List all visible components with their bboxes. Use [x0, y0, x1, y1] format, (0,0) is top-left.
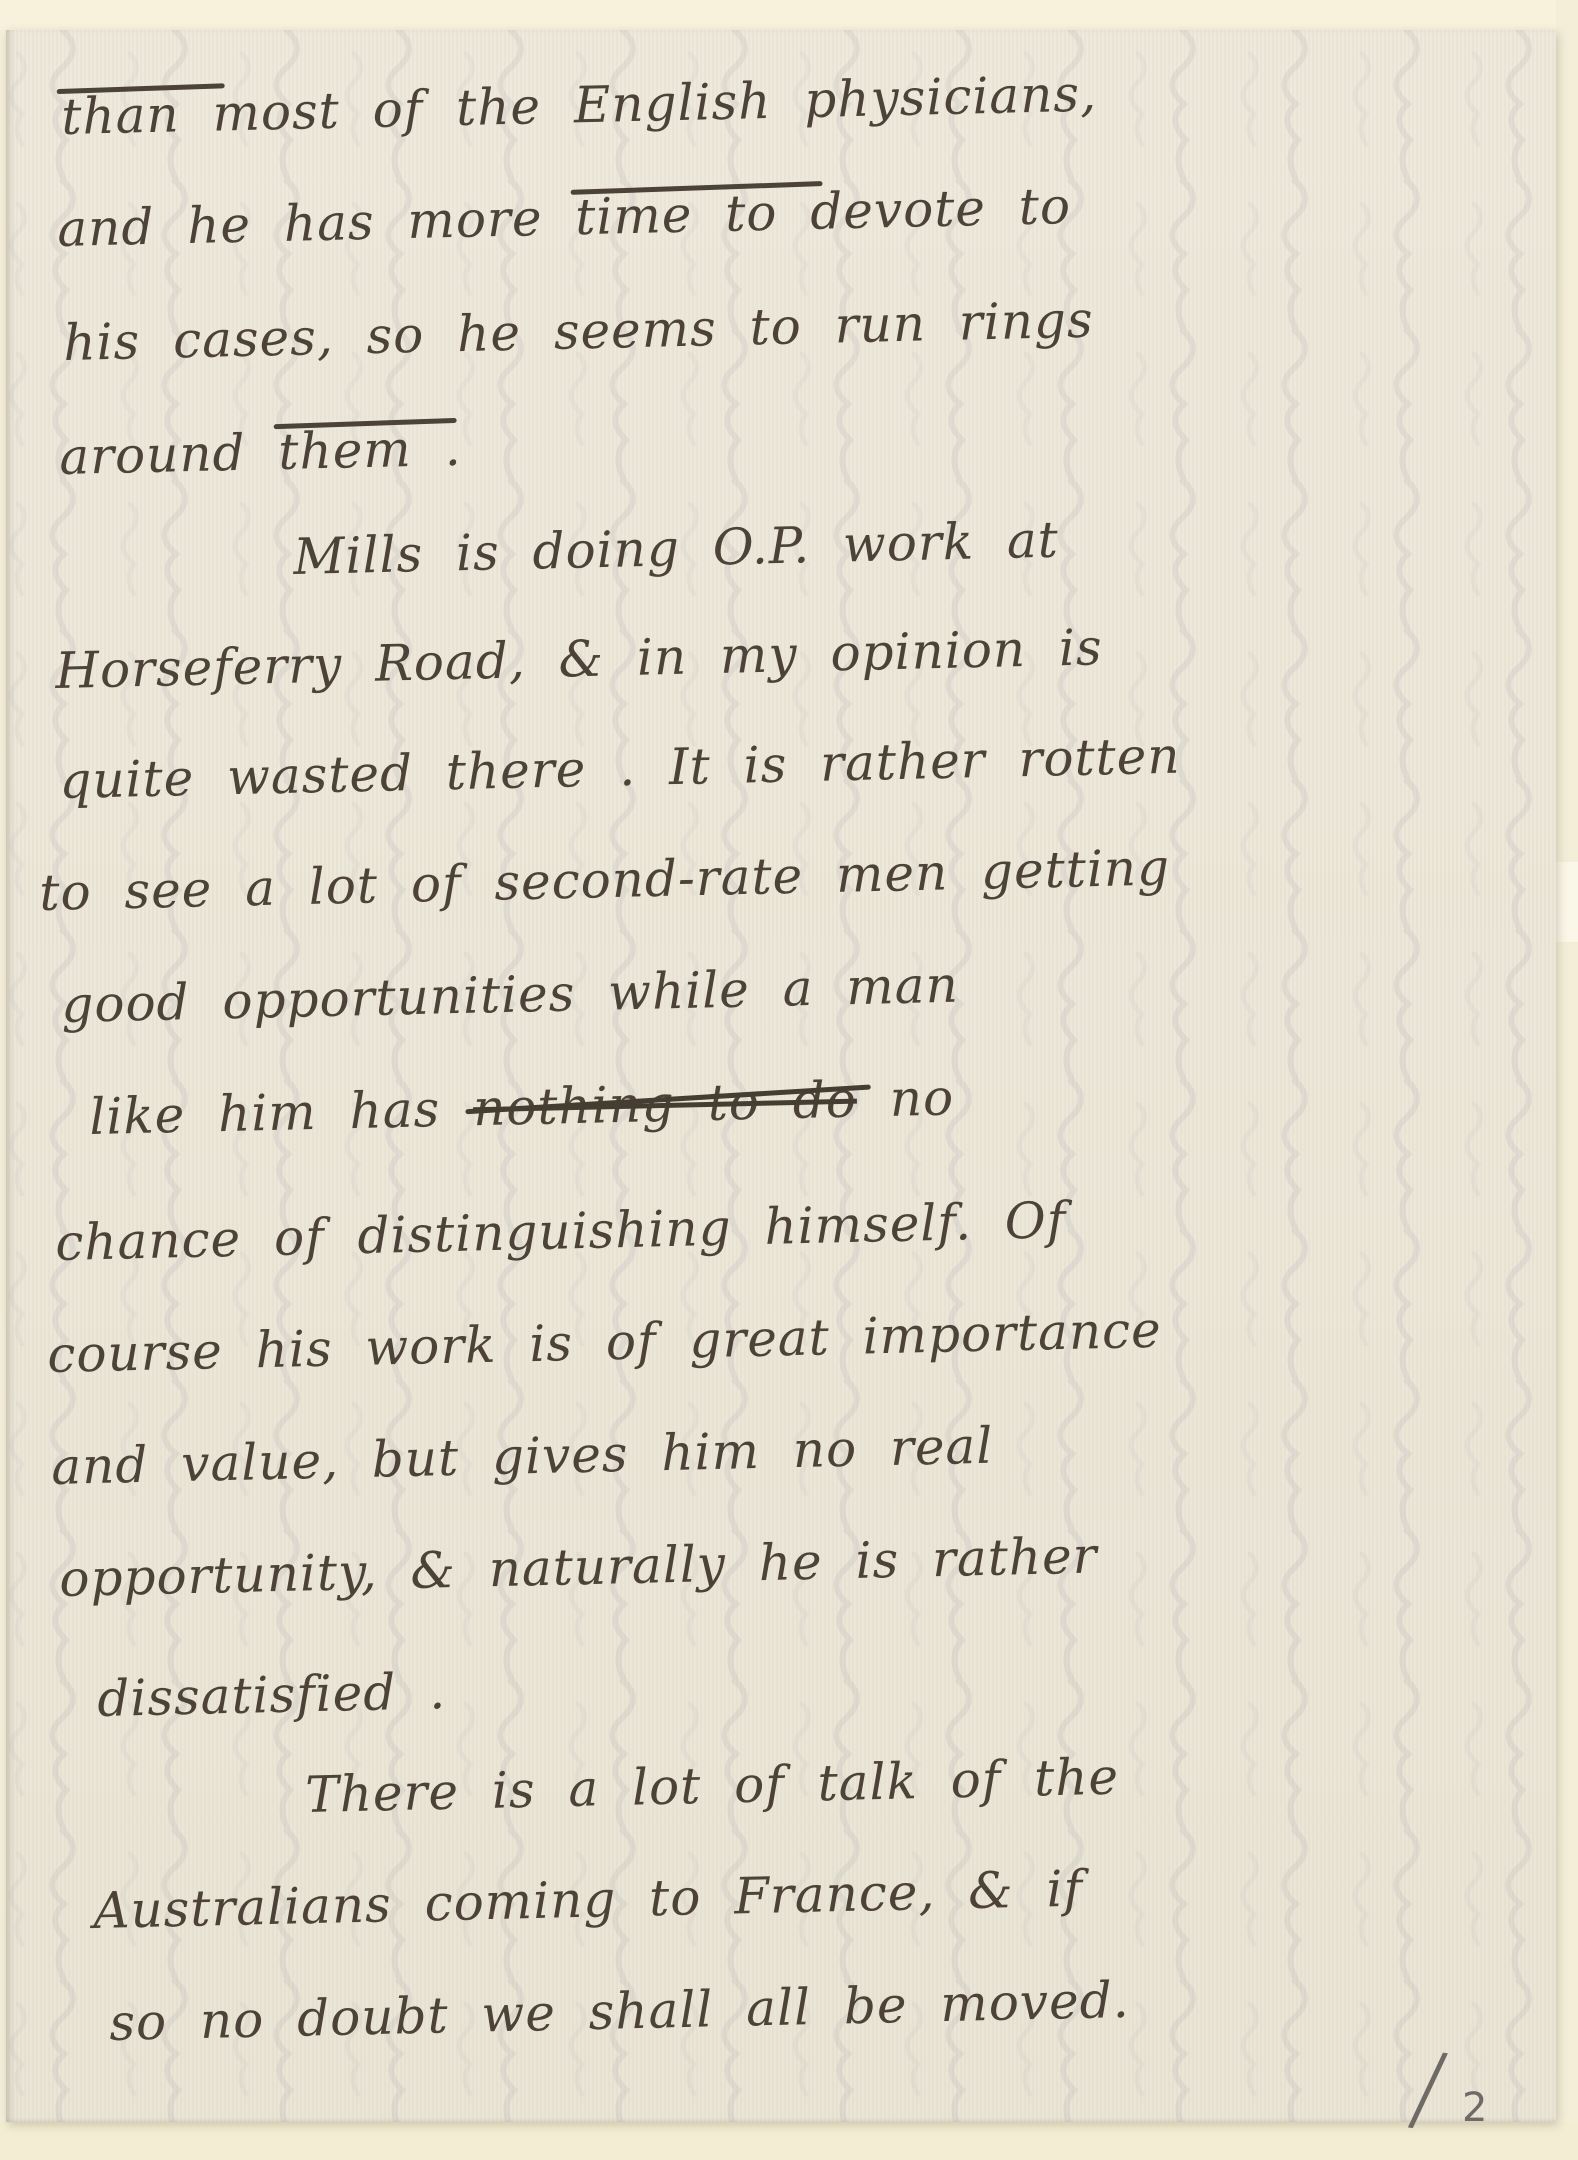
long-crossbar-words: than	[61, 85, 181, 146]
handwriting-lines: than most of the English physicians,and …	[6, 30, 1556, 2122]
handwritten-line-2: and he has more time to devote to	[57, 177, 1072, 258]
handwritten-line-7: quite wasted there . It is rather rotten	[59, 727, 1181, 810]
handwritten-text: good opportunities while a man	[61, 956, 960, 1034]
handwritten-text: like him has	[89, 1079, 474, 1146]
handwritten-line-6: Horseferry Road, & in my opinion is	[55, 618, 1103, 700]
scan-background-bottom	[0, 2122, 1578, 2160]
handwritten-text: chance of distinguishing himself. Of	[55, 1191, 1067, 1272]
handwritten-line-3: his cases, so he seems to run rings	[63, 291, 1095, 372]
handwritten-text: to see a lot of second-rate men getting	[39, 838, 1171, 922]
handwritten-text: his cases, so he seems to run rings	[63, 291, 1095, 372]
handwritten-line-17: Australians coming to France, & if	[93, 1860, 1084, 1940]
handwritten-text: course his work is of great importance	[47, 1301, 1163, 1384]
paper-edge-tab	[1554, 862, 1578, 942]
handwritten-text: and value, but gives him no real	[51, 1417, 994, 1496]
handwritten-line-14: opportunity, & naturally he is rather	[59, 1526, 1098, 1608]
handwritten-line-10: like him has nothing to do no	[89, 1068, 955, 1146]
handwritten-line-11: chance of distinguishing himself. Of	[55, 1191, 1067, 1272]
handwritten-text: There is a lot of talk of the	[305, 1748, 1120, 1824]
handwritten-line-12: course his work is of great importance	[47, 1301, 1163, 1384]
page-number-slash: /	[1405, 2038, 1450, 2138]
handwritten-text: Horseferry Road, & in my opinion is	[55, 618, 1103, 700]
handwritten-text: so no doubt we shall all be moved.	[109, 1971, 1130, 2052]
handwritten-line-1: than most of the English physicians,	[61, 65, 1098, 146]
handwritten-line-16: There is a lot of talk of the	[305, 1748, 1120, 1824]
scanned-letter-page: than most of the English physicians,and …	[0, 0, 1578, 2160]
handwritten-line-4: around them .	[59, 419, 462, 486]
handwritten-text: devote to	[777, 177, 1072, 242]
handwritten-line-13: and value, but gives him no real	[51, 1417, 994, 1496]
handwritten-text: dissatisfied .	[97, 1662, 447, 1728]
handwritten-text: around	[59, 423, 279, 486]
handwritten-text: quite wasted there . It is rather rotten	[59, 727, 1181, 810]
handwritten-text: .	[411, 419, 462, 478]
handwritten-line-18: so no doubt we shall all be moved.	[109, 1971, 1130, 2052]
handwritten-text: no	[856, 1068, 954, 1128]
handwritten-line-8: to see a lot of second-rate men getting	[39, 838, 1171, 922]
letter-sheet: than most of the English physicians,and …	[6, 30, 1556, 2122]
handwritten-text: and he has more	[57, 188, 576, 258]
handwritten-text: Mills is doing O.P. work at	[293, 511, 1060, 586]
handwritten-line-15: dissatisfied .	[97, 1662, 447, 1728]
long-crossbar-words: time to	[575, 184, 778, 247]
scan-background-right	[1556, 0, 1578, 2160]
handwritten-text: opportunity, & naturally he is rather	[59, 1526, 1098, 1608]
scan-background-top	[0, 0, 1578, 30]
struck-out-words: nothing to do	[472, 1071, 857, 1138]
page-number-mark: / 2	[1404, 2040, 1524, 2150]
long-crossbar-words: them	[278, 420, 413, 481]
handwritten-line-5: Mills is doing O.P. work at	[293, 511, 1060, 586]
page-number: 2	[1462, 2088, 1487, 2128]
handwritten-line-9: good opportunities while a man	[61, 956, 960, 1034]
handwritten-text: Australians coming to France, & if	[93, 1860, 1084, 1940]
handwritten-text: most of the English physicians,	[179, 65, 1098, 144]
